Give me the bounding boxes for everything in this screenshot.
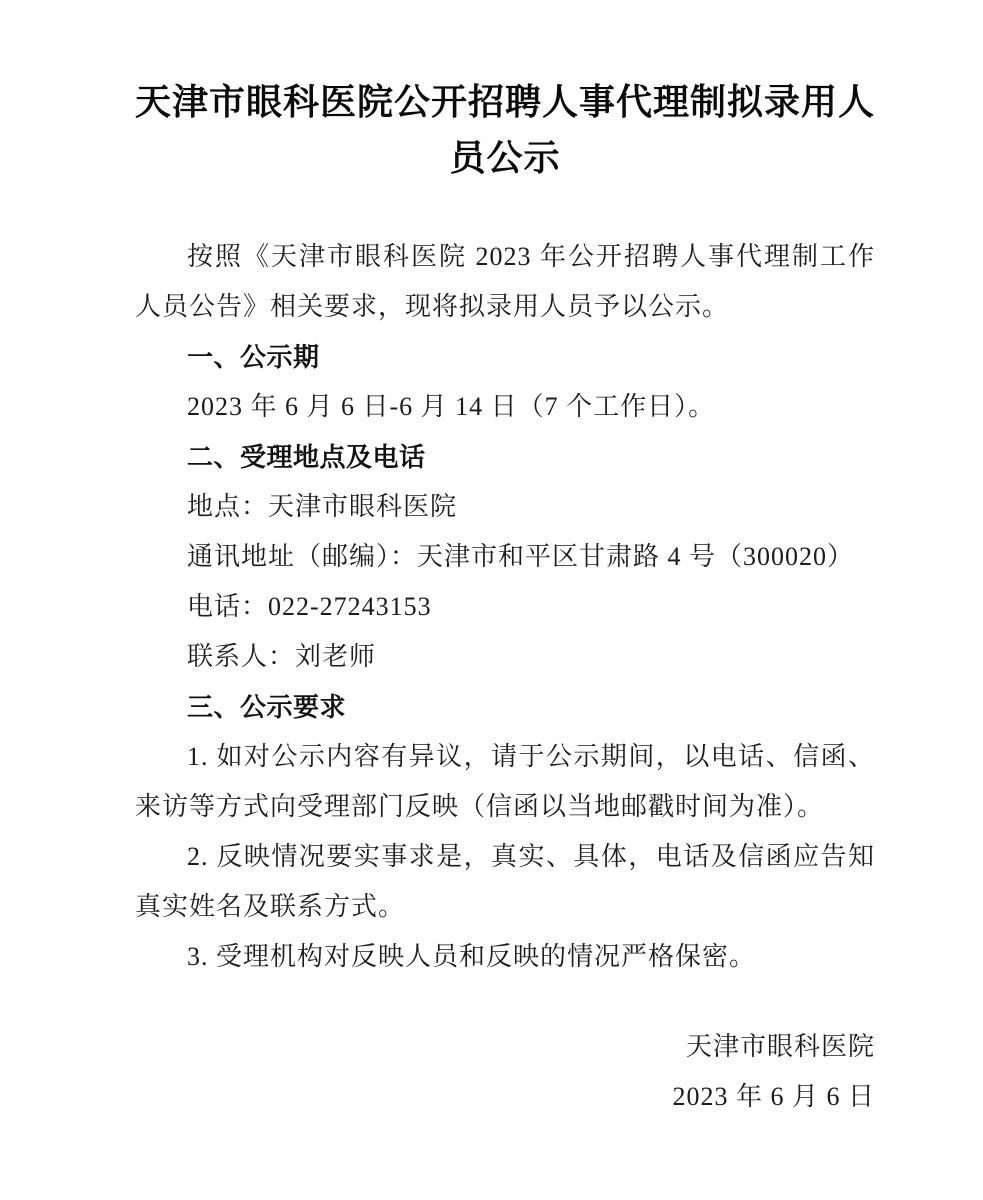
signature-organization: 天津市眼科医院 bbox=[135, 1022, 875, 1072]
publicity-period-line: 2023 年 6 月 6 日-6 月 14 日（7 个工作日）。 bbox=[135, 382, 875, 432]
requirement-item-1: 1. 如对公示内容有异议，请于公示期间，以电话、信函、来访等方式向受理部门反映（… bbox=[135, 732, 875, 832]
mailing-address-line: 通讯地址（邮编）：天津市和平区甘肃路 4 号（300020） bbox=[135, 532, 875, 582]
requirement-item-2: 2. 反映情况要实事求是，真实、具体，电话及信函应告知真实姓名及联系方式。 bbox=[135, 832, 875, 932]
section-heading-publicity-period: 一、公示期 bbox=[135, 332, 875, 382]
section-heading-requirements: 三、公示要求 bbox=[135, 682, 875, 732]
document-body: 按照《天津市眼科医院 2023 年公开招聘人事代理制工作人员公告》相关要求，现将… bbox=[135, 232, 875, 1122]
contact-person-line: 联系人：刘老师 bbox=[135, 632, 875, 682]
location-line: 地点：天津市眼科医院 bbox=[135, 482, 875, 532]
signature-block: 天津市眼科医院 2023 年 6 月 6 日 bbox=[135, 1022, 875, 1122]
document-title: 天津市眼科医院公开招聘人事代理制拟录用人员公示 bbox=[135, 74, 875, 186]
intro-paragraph: 按照《天津市眼科医院 2023 年公开招聘人事代理制工作人员公告》相关要求，现将… bbox=[135, 232, 875, 332]
section-heading-location-phone: 二、受理地点及电话 bbox=[135, 432, 875, 482]
document-page: 天津市眼科医院公开招聘人事代理制拟录用人员公示 按照《天津市眼科医院 2023 … bbox=[0, 0, 983, 1200]
signature-date: 2023 年 6 月 6 日 bbox=[135, 1072, 875, 1122]
phone-line: 电话：022-27243153 bbox=[135, 582, 875, 632]
requirement-item-3: 3. 受理机构对反映人员和反映的情况严格保密。 bbox=[135, 932, 875, 982]
